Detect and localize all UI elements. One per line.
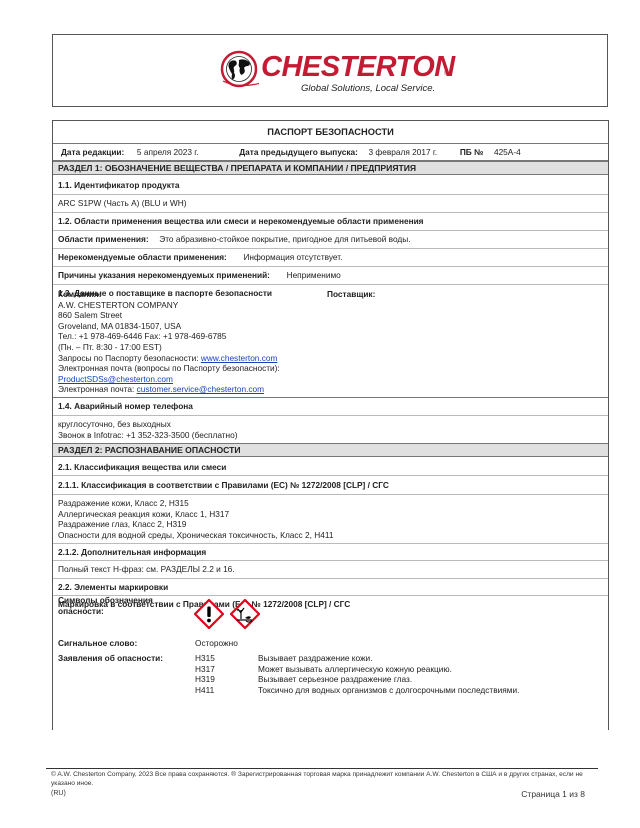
- company-line: Groveland, MA 01834-1507, USA: [58, 321, 280, 332]
- revision-date-label: Дата редакции:: [61, 147, 124, 157]
- sds-no-label: ПБ №: [460, 147, 483, 157]
- chesterton-logo: CHESTERTON ® Global Solutions, Local Ser…: [219, 49, 449, 95]
- emergency-phone: круглосуточно, без выходных Звонок в Inf…: [53, 416, 608, 445]
- s1-1-title: 1.1. Идентификатор продукта: [53, 177, 608, 195]
- document-title: ПАСПОРТ БЕЗОПАСНОСТИ: [53, 121, 608, 144]
- hazard-statement-row: H317 Может вызывать аллергическую кожную…: [53, 664, 608, 675]
- exclamation-mark-icon: [194, 599, 224, 629]
- customer-service-email-link[interactable]: customer.service@chesterton.com: [137, 384, 264, 394]
- classification-item: Опасности для водной среды, Хроническая …: [58, 530, 608, 541]
- hazard-code: H319: [195, 674, 215, 685]
- s1-2-title: 1.2. Области применения вещества или сме…: [53, 213, 608, 231]
- emergency-line: круглосуточно, без выходных: [58, 419, 608, 430]
- revision-date: 5 апреля 2023 г.: [137, 147, 199, 157]
- reasons-value: Неприменимо: [287, 270, 341, 280]
- company-label: Компания:: [58, 289, 102, 300]
- classification-item: Раздражение глаз, Класс 2, H319: [58, 519, 608, 530]
- company-line: Тел.: +1 978-469-6446 Fax: +1 978-469-67…: [58, 331, 280, 342]
- company-line: (Пн. – Пт. 8:30 - 17:00 EST): [58, 342, 280, 353]
- emergency-line: Звонок в Infotrac: +1 352-323-3500 (бесп…: [58, 430, 608, 441]
- hazard-statement-row: H315 Вызывает раздражение кожи.: [53, 653, 608, 664]
- document-meta: Дата редакции: 5 апреля 2023 г. Дата пре…: [53, 144, 608, 161]
- company-address: A.W. CHESTERTON COMPANY 860 Salem Street…: [58, 300, 280, 395]
- s2-1-2-title: 2.1.2. Дополнительная информация: [53, 544, 608, 561]
- page-number: Страница 1 из 8: [521, 789, 585, 799]
- previous-issue-label: Дата предыдущего выпуска:: [239, 147, 358, 157]
- sds-no: 425A-4: [494, 147, 521, 157]
- section-1-header: РАЗДЕЛ 1: ОБОЗНАЧЕНИЕ ВЕЩЕСТВА / ПРЕПАРА…: [53, 161, 608, 175]
- not-recommended-row: Нерекомендуемые области применения: Инфо…: [53, 249, 608, 267]
- brand-name: CHESTERTON: [261, 51, 455, 83]
- reasons-row: Причины указания нерекомендуемых примене…: [53, 267, 608, 285]
- logo-header: CHESTERTON ® Global Solutions, Local Ser…: [52, 34, 608, 107]
- registered-mark: ®: [444, 71, 448, 77]
- s2-2-title: 2.2. Элементы маркировки: [53, 579, 608, 596]
- classification-item: Раздражение кожи, Класс 2, H315: [58, 498, 608, 509]
- label-elements: Символы обозначения опасности: Сигнально…: [53, 595, 608, 735]
- hazard-statement-row: H411 Токсично для водных организмов с до…: [53, 685, 608, 696]
- footer-copyright: © A.W. Chesterton Company, 2023 Все прав…: [51, 771, 596, 788]
- product-identifier: ARC S1PW (Часть A) (BLU и WH): [53, 195, 608, 213]
- classification-list: Раздражение кожи, Класс 2, H315 Аллергич…: [53, 495, 608, 544]
- hazard-code: H315: [195, 653, 215, 664]
- not-recommended-value: Информация отсутствует.: [243, 252, 342, 262]
- hazard-statement-row: H319 Вызывает серьезное раздражение глаз…: [53, 674, 608, 685]
- company-line: A.W. CHESTERTON COMPANY: [58, 300, 280, 311]
- email-label: Электронная почта:: [58, 384, 137, 394]
- uses-value: Это абразивно-стойкое покрытие, пригодно…: [159, 234, 410, 244]
- s2-1-title: 2.1. Классификация вещества или смеси: [53, 459, 608, 476]
- footer-divider: [46, 768, 598, 769]
- footer-language: (RU): [51, 790, 66, 797]
- hazard-code: H411: [195, 685, 214, 696]
- hazard-statements: H315 Вызывает раздражение кожи. H317 Мож…: [53, 653, 608, 695]
- email-row: Электронная почта: customer.service@ches…: [58, 384, 280, 395]
- supplier-label: Поставщик:: [327, 289, 375, 300]
- hazard-text: Вызывает раздражение кожи.: [258, 653, 373, 664]
- signal-word-label: Сигнальное слово:: [58, 638, 137, 648]
- hazard-text: Вызывает серьезное раздражение глаз.: [258, 674, 412, 685]
- hazard-text: Может вызывать аллергическую кожную реак…: [258, 664, 452, 675]
- brand-tagline: Global Solutions, Local Service.: [301, 83, 435, 94]
- supplier-details: Компания: Поставщик: A.W. CHESTERTON COM…: [53, 289, 608, 398]
- additional-info: Полный текст H-фраз: см. РАЗДЕЛЫ 2.2 и 1…: [53, 561, 608, 579]
- section-2-header: РАЗДЕЛ 2: РАСПОЗНАВАНИЕ ОПАСНОСТИ: [53, 443, 608, 457]
- hazard-text: Токсично для водных организмов с долгоср…: [258, 685, 519, 696]
- uses-label: Области применения:: [58, 234, 149, 244]
- signal-word: Осторожно: [195, 638, 238, 648]
- company-line: 860 Salem Street: [58, 310, 280, 321]
- uses-row: Области применения: Это абразивно-стойко…: [53, 231, 608, 249]
- s2-1-1-title: 2.1.1. Классификация в соответствии с Пр…: [53, 476, 608, 495]
- hazard-code: H317: [195, 664, 215, 675]
- previous-issue-date: 3 февраля 2017 г.: [369, 147, 438, 157]
- not-recommended-label: Нерекомендуемые области применения:: [58, 252, 227, 262]
- sds-inquiries-row: Запросы по Паспорту безопасности: www.ch…: [58, 353, 280, 364]
- environment-icon: [230, 599, 260, 629]
- sds-inquiries-label: Запросы по Паспорту безопасности:: [58, 353, 201, 363]
- globe-icon: [219, 49, 259, 89]
- chesterton-website-link[interactable]: www.chesterton.com: [201, 353, 278, 363]
- reasons-label: Причины указания нерекомендуемых примене…: [58, 270, 270, 280]
- s1-4-title: 1.4. Аварийный номер телефона: [53, 398, 608, 416]
- email-sds-label: Электронная почта (вопросы по Паспорту б…: [58, 363, 280, 374]
- sds-document: ПАСПОРТ БЕЗОПАСНОСТИ Дата редакции: 5 ап…: [52, 120, 609, 730]
- product-sds-email-link[interactable]: ProductSDSs@chesterton.com: [58, 374, 173, 384]
- pictograms-label: Символы обозначения опасности:: [58, 595, 153, 616]
- classification-item: Аллергическая реакция кожи, Класс 1, H31…: [58, 509, 608, 520]
